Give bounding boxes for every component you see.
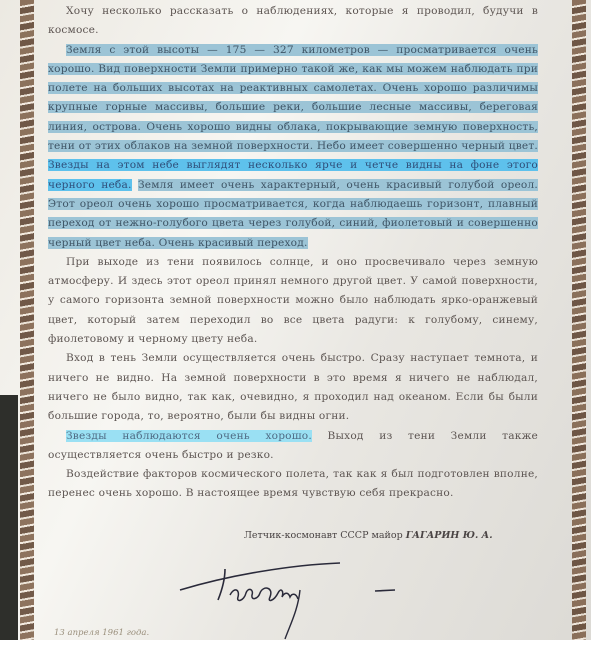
paragraph-stars: Звезды наблюдаются очень хорошо. Выход и… xyxy=(48,427,538,466)
paragraph-wellbeing: Воздействие факторов космического полета… xyxy=(48,465,538,504)
document-date: 13 апреля 1961 года. xyxy=(54,628,149,638)
dark-frame-edge xyxy=(0,395,18,640)
signature-caption: Летчик-космонавт СССР майор ГАГАРИН Ю. А… xyxy=(244,530,493,541)
report-text: Хочу несколько рассказать о наблюдениях,… xyxy=(48,2,538,504)
rope-border-left xyxy=(20,0,34,640)
highlighted-text: Земля с этой высоты — 175 — 327 километр… xyxy=(48,44,538,152)
signature-title: Летчик-космонавт СССР майор xyxy=(244,530,403,541)
bottom-margin xyxy=(0,640,591,646)
paragraph-earth-view: Земля с этой высоты — 175 — 327 километр… xyxy=(48,41,538,253)
paragraph-sun-exit: При выходе из тени появилось солнце, и о… xyxy=(48,253,538,349)
highlighted-stars-observed: Звезды наблюдаются очень хорошо. xyxy=(66,430,312,442)
signature-name: ГАГАРИН Ю. А. xyxy=(406,530,493,541)
intro-paragraph: Хочу несколько рассказать о наблюдениях,… xyxy=(48,2,538,41)
document-photo: Хочу несколько рассказать о наблюдениях,… xyxy=(0,0,591,640)
handwritten-signature xyxy=(170,555,450,640)
paragraph-shadow-entry: Вход в тень Земли осуществляется очень б… xyxy=(48,349,538,426)
rope-border-right xyxy=(572,0,586,640)
